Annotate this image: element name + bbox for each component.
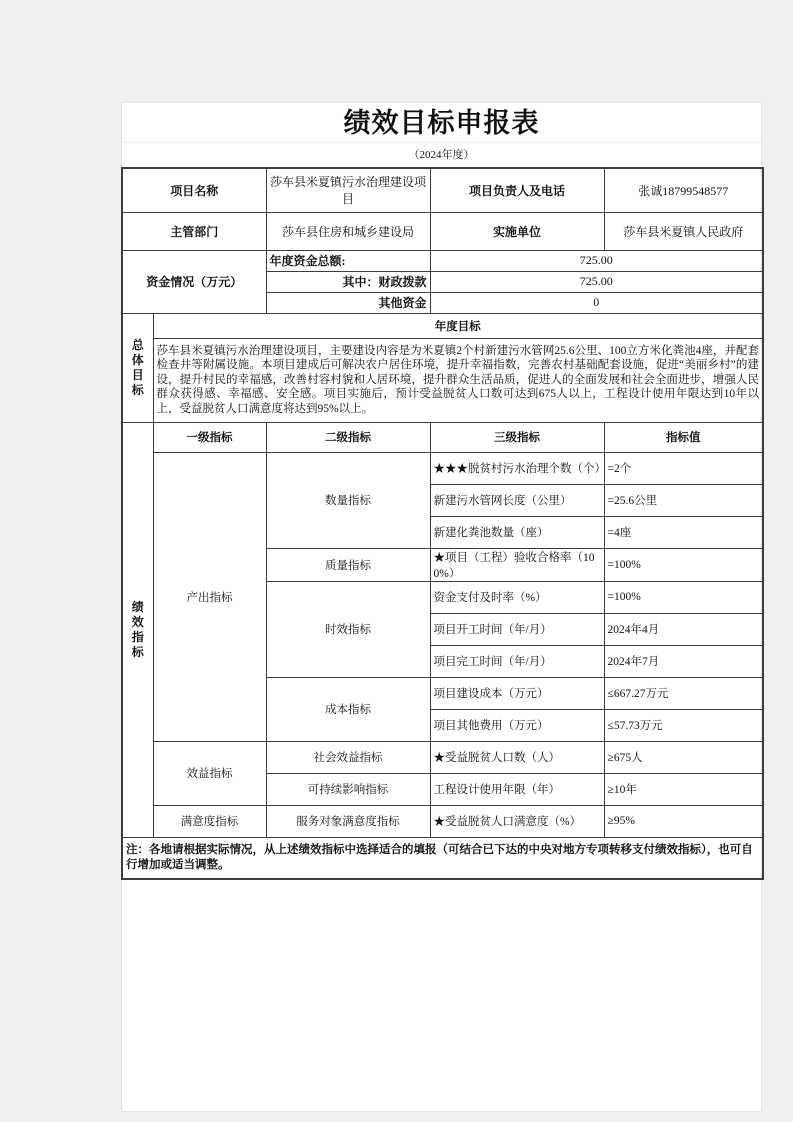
indicator-value-cell: ≥675人 [604, 741, 763, 773]
dept-label-cell: 主管部门 [122, 212, 266, 250]
level3-indicator-cell: ★受益脱贫人口数（人） [430, 741, 604, 773]
table-row: 莎车县米夏镇污水治理建设项目，主要建设内容是为米夏镇2个村新建污水管网25.6公… [122, 338, 763, 422]
level2-indicator-cell: 数量指标 [266, 452, 430, 548]
indicator-value-cell: =4座 [604, 516, 763, 548]
table-row: 注：各地请根据实际情况，从上述绩效指标中选择适合的填报（可结合已下达的中央对地方… [122, 837, 763, 879]
level2-indicator-cell: 社会效益指标 [266, 741, 430, 773]
level3-indicator-cell: ★项目（工程）验收合格率（100%） [430, 548, 604, 581]
dept-value-cell: 莎车县住房和城乡建设局 [266, 212, 430, 250]
table-row: 绩效 指标 一级指标 二级指标 三级指标 指标值 [122, 422, 763, 452]
manager-value-cell: 张诚18799548577 [604, 168, 763, 212]
indicator-value-cell: ≥95% [604, 805, 763, 837]
funding-other-label-cell: 其他资金 [266, 292, 430, 313]
table-row: 满意度指标 服务对象满意度指标 ★受益脱贫人口满意度（%） ≥95% [122, 805, 763, 837]
level2-indicator-cell: 时效指标 [266, 581, 430, 677]
level1-indicator-cell: 效益指标 [153, 741, 266, 805]
indicator-value-cell: ≤667.27万元 [604, 677, 763, 709]
level3-indicator-cell: 工程设计使用年限（年） [430, 773, 604, 805]
table-row: 资金情况（万元） 年度资金总额: 725.00 [122, 250, 763, 271]
performance-label-line2: 指标 [126, 630, 150, 660]
indicator-value-cell: =2个 [604, 452, 763, 484]
header-level1-cell: 一级指标 [153, 422, 266, 452]
indicator-value-cell: 2024年4月 [604, 613, 763, 645]
level1-indicator-cell: 产出指标 [153, 452, 266, 741]
level3-indicator-cell: 资金支付及时率（%） [430, 581, 604, 613]
level1-indicator-cell: 满意度指标 [153, 805, 266, 837]
form-page: 绩效目标申报表 （2024年度） 项目名称 莎车县米夏镇污水治理建设项目 项目负… [121, 102, 762, 1112]
table-row: 产出指标 数量指标 ★★★脱贫村污水治理个数（个） =2个 [122, 452, 763, 484]
level3-indicator-cell: 新建化粪池数量（座） [430, 516, 604, 548]
level2-indicator-cell: 成本指标 [266, 677, 430, 741]
table-row: 主管部门 莎车县住房和城乡建设局 实施单位 莎车县米夏镇人民政府 [122, 212, 763, 250]
level3-indicator-cell: 项目完工时间（年/月） [430, 645, 604, 677]
project-name-value-cell: 莎车县米夏镇污水治理建设项目 [266, 168, 430, 212]
header-level2-cell: 二级指标 [266, 422, 430, 452]
funding-section-label-cell: 资金情况（万元） [122, 250, 266, 313]
screenshot-canvas: { "doc": { "title": "绩效目标申报表", "subtitle… [0, 0, 793, 1122]
document-title: 绩效目标申报表 [122, 103, 761, 143]
note-cell: 注：各地请根据实际情况，从上述绩效指标中选择适合的填报（可结合已下达的中央对地方… [122, 837, 763, 879]
level3-indicator-cell: 新建污水管网长度（公里） [430, 484, 604, 516]
performance-section-label-cell: 绩效 指标 [122, 422, 153, 837]
funding-other-value-cell: 0 [430, 292, 763, 313]
overall-goal-label-line2: 目标 [126, 368, 150, 398]
table-row: 总体 目标 年度目标 [122, 313, 763, 338]
overall-goal-label-line1: 总体 [126, 338, 150, 368]
level3-indicator-cell: ★★★脱贫村污水治理个数（个） [430, 452, 604, 484]
funding-fiscal-value-cell: 725.00 [430, 271, 763, 292]
header-value-cell: 指标值 [604, 422, 763, 452]
level3-indicator-cell: 项目建设成本（万元） [430, 677, 604, 709]
overall-goal-section-label-cell: 总体 目标 [122, 313, 153, 422]
indicator-value-cell: =100% [604, 548, 763, 581]
project-name-label-cell: 项目名称 [122, 168, 266, 212]
table-row: 项目名称 莎车县米夏镇污水治理建设项目 项目负责人及电话 张诚187995485… [122, 168, 763, 212]
funding-fiscal-label-cell: 其中：财政拨款 [266, 271, 430, 292]
level2-indicator-cell: 质量指标 [266, 548, 430, 581]
level2-indicator-cell: 可持续影响指标 [266, 773, 430, 805]
impl-value-cell: 莎车县米夏镇人民政府 [604, 212, 763, 250]
indicator-value-cell: =25.6公里 [604, 484, 763, 516]
indicator-value-cell: =100% [604, 581, 763, 613]
funding-total-label-cell: 年度资金总额: [266, 250, 430, 271]
manager-label-cell: 项目负责人及电话 [430, 168, 604, 212]
header-level3-cell: 三级指标 [430, 422, 604, 452]
level3-indicator-cell: ★受益脱贫人口满意度（%） [430, 805, 604, 837]
level2-indicator-cell: 服务对象满意度指标 [266, 805, 430, 837]
indicator-value-cell: ≤57.73万元 [604, 709, 763, 741]
performance-label-line1: 绩效 [126, 600, 150, 630]
indicator-value-cell: 2024年7月 [604, 645, 763, 677]
annual-goal-header-cell: 年度目标 [153, 313, 763, 338]
level3-indicator-cell: 项目开工时间（年/月） [430, 613, 604, 645]
funding-total-value-cell: 725.00 [430, 250, 763, 271]
performance-target-table: 项目名称 莎车县米夏镇污水治理建设项目 项目负责人及电话 张诚187995485… [121, 167, 764, 880]
document-subtitle: （2024年度） [122, 143, 761, 167]
impl-label-cell: 实施单位 [430, 212, 604, 250]
indicator-value-cell: ≥10年 [604, 773, 763, 805]
level3-indicator-cell: 项目其他费用（万元） [430, 709, 604, 741]
table-row: 效益指标 社会效益指标 ★受益脱贫人口数（人） ≥675人 [122, 741, 763, 773]
annual-goal-text-cell: 莎车县米夏镇污水治理建设项目，主要建设内容是为米夏镇2个村新建污水管网25.6公… [153, 338, 763, 422]
